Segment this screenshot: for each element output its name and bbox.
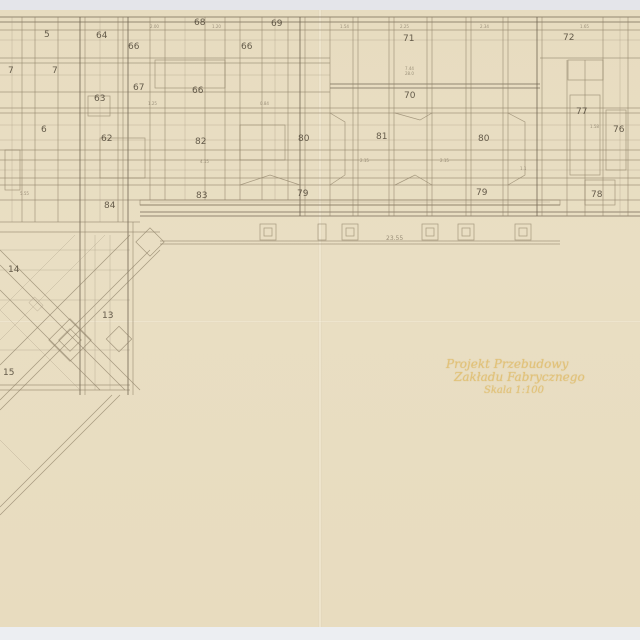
svg-text:1.65: 1.65 [580, 24, 589, 29]
svg-text:1.25: 1.25 [148, 101, 157, 106]
room-label: 5 [44, 30, 50, 40]
svg-text:28.0: 28.0 [405, 71, 414, 76]
room-label: 76 [613, 125, 625, 135]
room-label: 7 [52, 66, 58, 76]
scan-background [0, 627, 640, 640]
front-piers [136, 224, 531, 256]
room-label: 63 [94, 94, 105, 104]
room-label: 69 [271, 19, 283, 29]
room-label: 83 [196, 191, 207, 201]
room-labels: 5 64 66 68 69 66 71 72 7 7 67 66 70 63 7… [3, 18, 625, 378]
svg-text:2.34: 2.34 [480, 24, 489, 29]
room-label: 77 [576, 107, 587, 117]
room-label: 6 [41, 125, 47, 135]
title-line-2: Zakładu Fabrycznego [446, 371, 640, 384]
svg-text:1.58: 1.58 [590, 124, 599, 129]
title-block: Projekt Przebudowy Zakładu Fabrycznego S… [446, 358, 640, 397]
inner-rooms [5, 60, 626, 205]
floor-plan-drawing: 2.001.20 1.542.25 2.341.65 7.4428.0 1.25… [0, 0, 640, 640]
room-label: 84 [104, 201, 116, 211]
svg-text:1.54: 1.54 [340, 24, 349, 29]
title-line-3: Skala 1:100 [446, 384, 640, 397]
room-label: 80 [478, 134, 490, 144]
room-label: 66 [241, 42, 253, 52]
outer-walls [0, 17, 640, 244]
svg-text:1.1: 1.1 [520, 166, 527, 171]
room-label: 79 [476, 188, 488, 198]
room-label: 66 [192, 86, 204, 96]
svg-text:2.25: 2.25 [400, 24, 409, 29]
svg-text:5.55: 5.55 [20, 191, 29, 196]
svg-text:0.84: 0.84 [260, 101, 269, 106]
room-label: 71 [403, 34, 414, 44]
room-label: 79 [297, 189, 309, 199]
room-label: 81 [376, 132, 387, 142]
room-label: 62 [101, 134, 112, 144]
svg-text:2.15: 2.15 [440, 158, 449, 163]
room-label: 14 [8, 265, 20, 275]
room-label: 78 [591, 190, 603, 200]
overall-dimension: 23.55 [386, 235, 403, 242]
svg-text:2.00: 2.00 [150, 24, 159, 29]
room-label: 70 [404, 91, 416, 101]
room-label: 13 [102, 311, 113, 321]
room-label: 64 [96, 31, 108, 41]
room-label: 72 [563, 33, 574, 43]
room-label: 80 [298, 134, 310, 144]
room-label: 15 [3, 368, 14, 378]
room-label: 68 [194, 18, 206, 28]
horizontal-walls [0, 30, 640, 390]
room-label: 7 [8, 66, 14, 76]
room-label: 66 [128, 42, 140, 52]
svg-text:4.15: 4.15 [200, 159, 209, 164]
svg-text:1.20: 1.20 [212, 24, 221, 29]
svg-text:2.15: 2.15 [360, 158, 369, 163]
blueprint-viewer: 2.001.20 1.542.25 2.341.65 7.4428.0 1.25… [0, 0, 640, 640]
room-label: 67 [133, 83, 144, 93]
room-label: 82 [195, 137, 206, 147]
